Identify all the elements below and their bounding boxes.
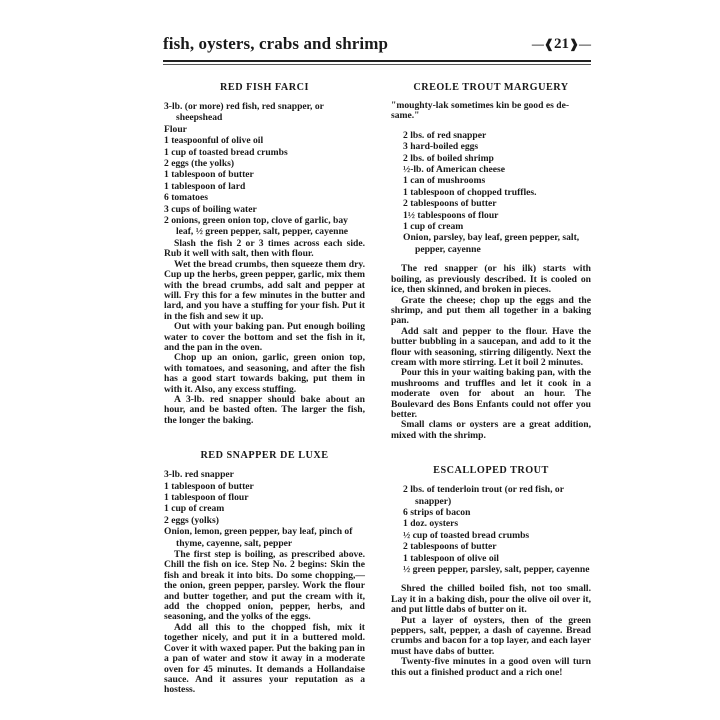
paragraph: Small clams or oysters are a great addit… xyxy=(391,420,591,441)
ingredient-list: 2 lbs. of tenderloin trout (or red fish,… xyxy=(391,484,591,575)
recipe-instructions: Shred the chilled boiled fish, not too s… xyxy=(391,584,591,678)
ingredient: 1 tablespoon of flour xyxy=(164,492,365,503)
ingredient: 3 cups of boiling water xyxy=(164,204,365,215)
recipe-instructions: The first step is boiling, as prescribed… xyxy=(164,550,365,696)
page-number: 21 xyxy=(554,36,569,52)
left-column: RED FISH FARCI 3-lb. (or more) red fish,… xyxy=(164,82,365,696)
recipe-red-snapper-de-luxe: RED SNAPPER DE LUXE 3-lb. red snapper 1 … xyxy=(164,450,365,696)
ingredient: 2 tablespoons of butter xyxy=(391,198,591,209)
ingredient: 6 strips of bacon xyxy=(391,507,591,518)
ingredient: 1 tablespoon of chopped truffles. xyxy=(391,187,591,198)
recipe-title: RED FISH FARCI xyxy=(164,82,365,93)
ingredient: 1 cup of cream xyxy=(391,221,591,232)
recipe-title: ESCALLOPED TROUT xyxy=(391,465,591,476)
ingredient: 1 can of mushrooms xyxy=(391,175,591,186)
ingredient: 2 eggs (yolks) xyxy=(164,515,365,526)
ingredient: ½ cup of toasted bread crumbs xyxy=(391,530,591,541)
ingredient: 6 tomatoes xyxy=(164,192,365,203)
ingredient: 2 tablespoons of butter xyxy=(391,541,591,552)
recipe-epigraph: "moughty-lak sometimes kin be good es de… xyxy=(391,101,591,122)
paragraph: Twenty-five minutes in a good oven will … xyxy=(391,657,591,678)
ingredient: 3 hard-boiled eggs xyxy=(391,141,591,152)
paragraph: Out with your baking pan. Put enough boi… xyxy=(164,322,365,353)
paragraph: Add salt and pepper to the flour. Have t… xyxy=(391,327,591,369)
ornament-right-icon: ❱— xyxy=(569,37,591,51)
ingredient: 3-lb. red snapper xyxy=(164,469,365,480)
ingredient: ½-lb. of American cheese xyxy=(391,164,591,175)
page-number-folio: —❰21❱— xyxy=(532,36,591,53)
ingredient: 1½ tablespoons of flour xyxy=(391,210,591,221)
paragraph: Wet the bread crumbs, then squeeze them … xyxy=(164,260,365,322)
ingredient: 2 lbs. of boiled shrimp xyxy=(391,153,591,164)
paragraph: Grate the cheese; chop up the eggs and t… xyxy=(391,296,591,327)
paragraph: Chop up an onion, garlic, green onion to… xyxy=(164,353,365,395)
right-column: CREOLE TROUT MARGUERY "moughty-lak somet… xyxy=(391,82,591,678)
recipe-title: RED SNAPPER DE LUXE xyxy=(164,450,365,461)
ingredient: 2 lbs. of tenderloin trout (or red fish,… xyxy=(391,484,591,507)
ingredient: 1 cup of toasted bread crumbs xyxy=(164,147,365,158)
header-rule-thin xyxy=(163,64,591,65)
recipe-instructions: Slash the fish 2 or 3 times across each … xyxy=(164,239,365,426)
ingredient-list: 2 lbs. of red snapper 3 hard-boiled eggs… xyxy=(391,130,591,255)
recipe-title: CREOLE TROUT MARGUERY xyxy=(391,82,591,93)
paragraph: Shred the chilled boiled fish, not too s… xyxy=(391,584,591,615)
ingredient: 1 tablespoon of butter xyxy=(164,169,365,180)
paragraph: Slash the fish 2 or 3 times across each … xyxy=(164,239,365,260)
paragraph: Add all this to the chopped fish, mix it… xyxy=(164,623,365,696)
ingredient: ½ green pepper, parsley, salt, pepper, c… xyxy=(391,564,591,575)
ingredient: Flour xyxy=(164,124,365,135)
paragraph: The first step is boiling, as prescribed… xyxy=(164,550,365,623)
ingredient: 1 doz. oysters xyxy=(391,518,591,529)
recipe-escalloped-trout: ESCALLOPED TROUT 2 lbs. of tenderloin tr… xyxy=(391,465,591,678)
ingredient: 2 eggs (the yolks) xyxy=(164,158,365,169)
ornament-left-icon: —❰ xyxy=(532,37,554,51)
ingredient-list: 3-lb. (or more) red fish, red snapper, o… xyxy=(164,101,365,238)
paragraph: The red snapper (or his ilk) starts with… xyxy=(391,264,591,295)
recipe-red-fish-farci: RED FISH FARCI 3-lb. (or more) red fish,… xyxy=(164,82,365,426)
ingredient: 2 lbs. of red snapper xyxy=(391,130,591,141)
recipe-instructions: The red snapper (or his ilk) starts with… xyxy=(391,264,591,441)
ingredient: 1 cup of cream xyxy=(164,503,365,514)
recipe-creole-trout-marguery: CREOLE TROUT MARGUERY "moughty-lak somet… xyxy=(391,82,591,441)
ingredient: Onion, parsley, bay leaf, green pepper, … xyxy=(391,232,591,255)
ingredient: Onion, lemon, green pepper, bay leaf, pi… xyxy=(164,526,365,549)
paragraph: A 3-lb. red snapper should bake about an… xyxy=(164,395,365,426)
book-page: fish, oysters, crabs and shrimp —❰21❱— R… xyxy=(163,34,591,65)
ingredient: 1 teaspoonful of olive oil xyxy=(164,135,365,146)
paragraph: Put a layer of oysters, then of the gree… xyxy=(391,616,591,658)
header-rule xyxy=(163,60,591,62)
ingredient: 1 tablespoon of butter xyxy=(164,481,365,492)
ingredient: 2 onions, green onion top, clove of garl… xyxy=(164,215,365,238)
running-title: fish, oysters, crabs and shrimp xyxy=(163,34,388,54)
ingredient: 1 tablespoon of olive oil xyxy=(391,553,591,564)
ingredient: 1 tablespoon of lard xyxy=(164,181,365,192)
paragraph: Pour this in your waiting baking pan, wi… xyxy=(391,368,591,420)
ingredient: 3-lb. (or more) red fish, red snapper, o… xyxy=(164,101,365,124)
ingredient-list: 3-lb. red snapper 1 tablespoon of butter… xyxy=(164,469,365,549)
page-header: fish, oysters, crabs and shrimp —❰21❱— xyxy=(163,34,591,60)
